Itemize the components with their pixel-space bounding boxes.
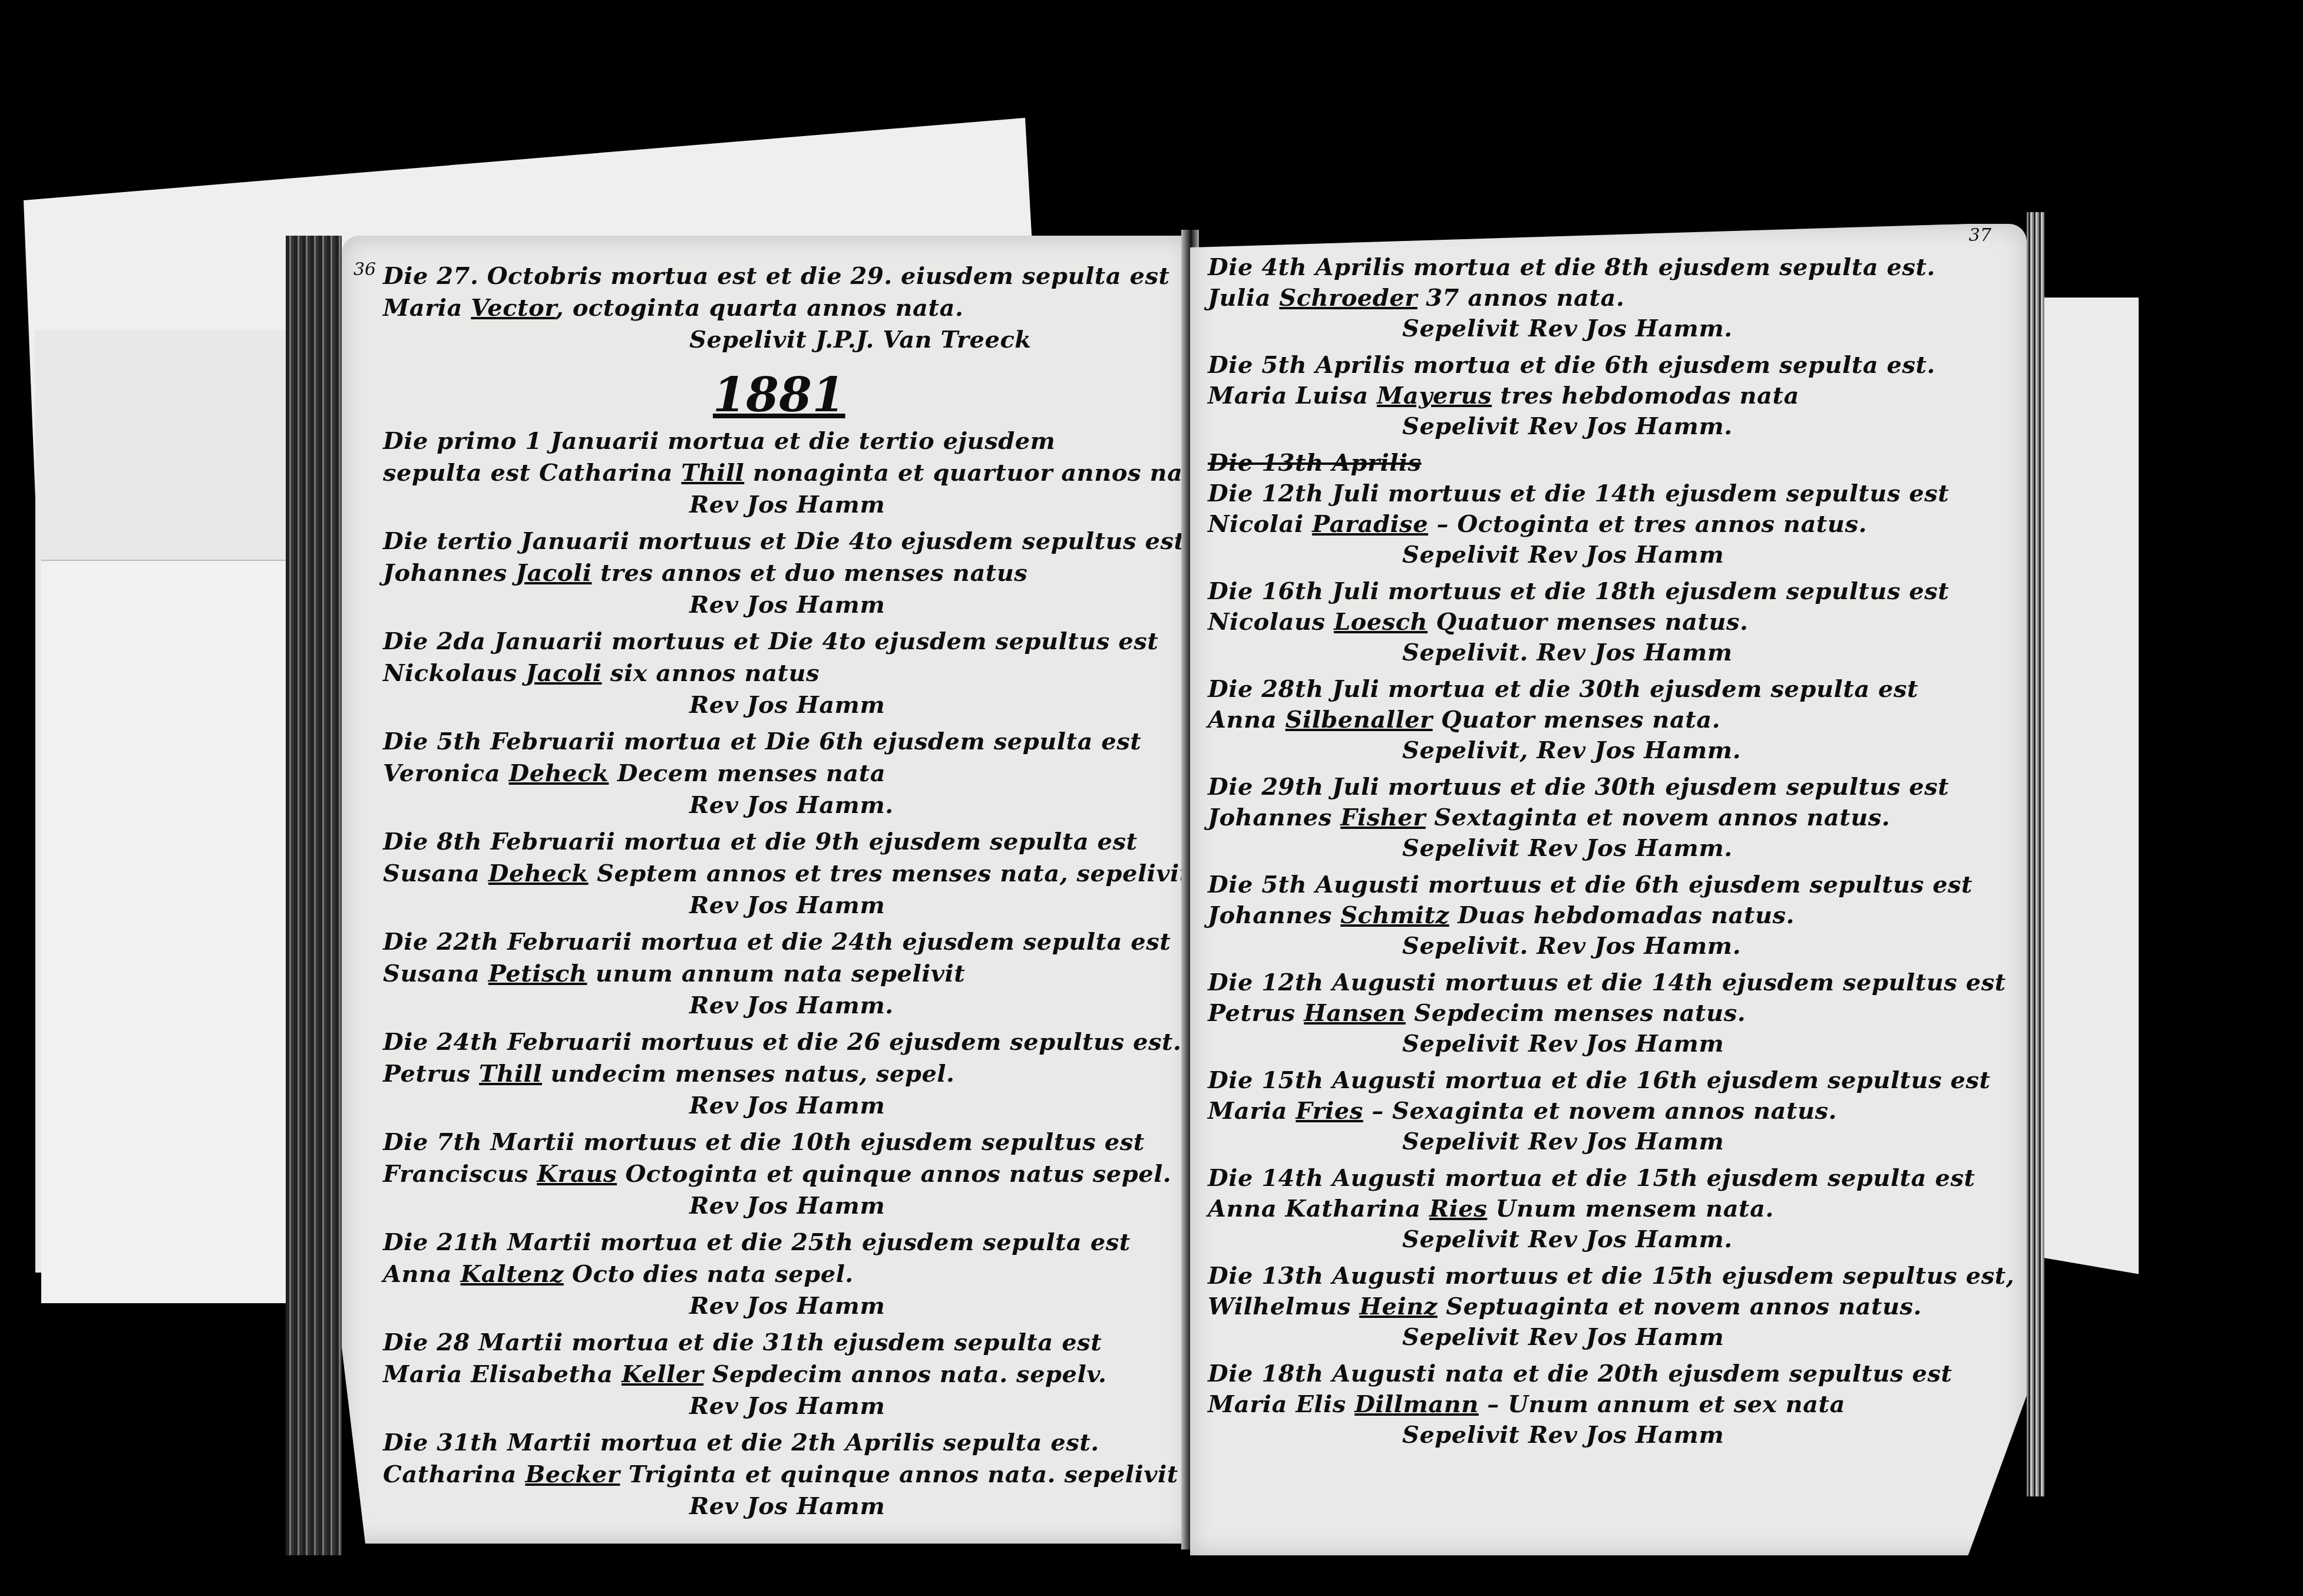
burial-signature: Rev Jos Hamm [383,1192,1167,1220]
entry-name-line: Julia Schroeder 37 annos nata. [1208,284,2003,312]
entry-name-line: Nicolaus Loesch Quatuor menses natus. [1208,608,2003,636]
surname: Fries [1296,1097,1363,1125]
register-entry: Die 15th Augusti mortua et die 16th ejus… [1208,1066,2003,1156]
entry-name-line: Maria Elisabetha Keller Sepdecim annos n… [383,1360,1167,1389]
entry-age: tres hebdomodas nata [1492,382,1799,409]
entry-age: Unum mensem nata. [1487,1195,1774,1222]
register-entry: Die 2da Januarii mortuus et Die 4to ejus… [383,627,1167,719]
burial-signature: Rev Jos Hamm. [383,992,1167,1020]
surname: Petisch [488,960,587,987]
entry-name-line: Maria Elis Dillmann – Unum annum et sex … [1208,1390,2003,1419]
entry-date-line: Die 5th Augusti mortuus et die 6th ejusd… [1208,871,2003,899]
entry-date-line: Die 22th Februarii mortua et die 24th ej… [383,928,1167,956]
burial-signature: Rev Jos Hamm [383,891,1167,920]
entry-date-line: Die 27. Octobris mortua est et die 29. e… [383,262,1167,290]
burial-signature: Sepelivit Rev Jos Hamm. [1208,315,2003,343]
given-name: Maria [1208,1097,1296,1125]
burial-signature: Rev Jos Hamm [383,691,1167,719]
register-entry: Die 31th Martii mortua et die 2th Aprili… [383,1429,1167,1521]
entry-age: Octoginta et quinque annos natus sepel. [617,1160,1171,1188]
register-entry: Die primo 1 Januarii mortua et die terti… [383,427,1167,519]
surname: Heinz [1359,1293,1438,1320]
entry-age: , octoginta quarta annos nata. [556,294,964,322]
entry-date-line: Die primo 1 Januarii mortua et die terti… [383,427,1167,455]
given-name: Franciscus [383,1160,537,1188]
entry-date-line: Die 12th Augusti mortuus et die 14th eju… [1208,969,2003,997]
entry-name-line: Anna Katharina Ries Unum mensem nata. [1208,1195,2003,1223]
given-name: Maria Elisabetha [383,1360,622,1388]
entry-date-line: Die 8th Februarii mortua et die 9th ejus… [383,828,1167,856]
entry-date-line: Die 5th Februarii mortua et Die 6th ejus… [383,728,1167,756]
given-name: Johannes [1208,804,1340,831]
surname: Becker [525,1460,620,1488]
entry-age: Duas hebdomadas natus. [1449,901,1795,929]
entry-age: – Unum annum et sex nata [1479,1390,1845,1418]
surname: Schroeder [1279,284,1418,312]
entry-date-line: Die 31th Martii mortua et die 2th Aprili… [383,1429,1167,1457]
surname: Thill [479,1060,542,1088]
given-name: Johannes [1208,901,1340,929]
burial-signature: Sepelivit. Rev Jos Hamm. [1208,932,2003,960]
entry-age: 37 annos nata. [1418,284,1625,312]
burial-signature: Rev Jos Hamm. [383,791,1167,820]
book-page-edges-right [2027,212,2044,1496]
register-entry: Die 13th AprilisDie 12th Juli mortuus et… [1208,449,2003,569]
register-entry: Die 7th Martii mortuus et die 10th ejusd… [383,1128,1167,1220]
surname: Kaltenz [461,1260,564,1288]
entry-age: Sextaginta et novem annos natus. [1426,804,1890,831]
entry-name-line: Susana Petisch unum annum nata sepelivit [383,960,1167,988]
given-name: Wilhelmus [1208,1293,1359,1320]
given-name: Anna [383,1260,461,1288]
entry-name-line: Johannes Schmitz Duas hebdomadas natus. [1208,901,2003,930]
given-name: Nicolai [1208,510,1312,538]
entry-age: Septuaginta et novem annos natus. [1438,1293,1922,1320]
entry-date-line: Die 14th Augusti mortua et die 15th ejus… [1208,1164,2003,1192]
burial-signature: Sepelivit, Rev Jos Hamm. [1208,736,2003,765]
register-entry: Die 5th Aprilis mortua et die 6th ejusde… [1208,351,2003,441]
entry-name-line: Wilhelmus Heinz Septuaginta et novem ann… [1208,1293,2003,1321]
burial-signature: Sepelivit Rev Jos Hamm [1208,1421,2003,1449]
burial-signature: Sepelivit Rev Jos Hamm [1208,1323,2003,1352]
entry-date-line: Die 13th Augusti mortuus et die 15th eju… [1208,1262,2003,1290]
given-name: Maria Luisa [1208,382,1377,409]
given-name: Johannes [383,559,516,587]
surname: Schmitz [1340,901,1449,929]
entry-date-line: Die 24th Februarii mortuus et die 26 eju… [383,1028,1167,1056]
entry-date-line: Die 28 Martii mortua et die 31th ejusdem… [383,1329,1167,1357]
entry-date-line: Die 29th Juli mortuus et die 30th ejusde… [1208,773,2003,801]
entry-age: Sepdecim annos nata. sepelv. [703,1360,1106,1388]
register-entry: Die 27. Octobris mortua est et die 29. e… [383,262,1167,354]
surname: Ries [1429,1195,1487,1222]
entry-date-line: Die tertio Januarii mortuus et Die 4to e… [383,527,1167,556]
burial-signature: Rev Jos Hamm [383,491,1167,519]
register-entry: Die 22th Februarii mortua et die 24th ej… [383,928,1167,1020]
entry-name-line: Maria Fries – Sexaginta et novem annos n… [1208,1097,2003,1125]
entry-age: Octo dies nata sepel. [564,1260,854,1288]
entry-date-line: Die 18th Augusti nata et die 20th ejusde… [1208,1360,2003,1388]
right-page-entries: Die 4th Aprilis mortua et die 8th ejusde… [1208,253,2003,1458]
page-number: 37 [1969,225,1991,246]
given-name: Anna [1208,706,1286,733]
entry-age: unum annum nata sepelivit [587,960,965,987]
entry-age: Septem annos et tres menses nata, sepeli… [589,860,1191,887]
entry-age: Triginta et quinque annos nata. sepelivi… [620,1460,1178,1488]
entry-name-line: Catharina Becker Triginta et quinque ann… [383,1460,1167,1489]
entry-name-line: Johannes Fisher Sextaginta et novem anno… [1208,804,2003,832]
register-entry: Die 14th Augusti mortua et die 15th ejus… [1208,1164,2003,1254]
register-entry: Die tertio Januarii mortuus et Die 4to e… [383,527,1167,619]
entry-name-line: Maria Luisa Mayerus tres hebdomodas nata [1208,382,2003,410]
surname: Jacoli [526,659,602,687]
entry-name-line: Anna Kaltenz Octo dies nata sepel. [383,1260,1167,1288]
burial-signature: Sepelivit. Rev Jos Hamm [1208,639,2003,667]
burial-signature: Rev Jos Hamm [383,1392,1167,1420]
register-entry: Die 21th Martii mortua et die 25th ejusd… [383,1228,1167,1320]
surname: Jacoli [516,559,592,587]
loose-paper-left-inner [41,560,318,1303]
entry-name-line: Nicolai Paradise – Octoginta et tres ann… [1208,510,2003,538]
register-entry: Die 18th Augusti nata et die 20th ejusde… [1208,1360,2003,1449]
surname: Deheck [509,759,609,787]
register-entry: Die 4th Aprilis mortua et die 8th ejusde… [1208,253,2003,343]
given-name: Nicolaus [1208,608,1334,636]
given-name: sepulta est Catharina [383,459,681,487]
register-entry: Die 13th Augusti mortuus et die 15th eju… [1208,1262,2003,1352]
entry-date-line: Die 7th Martii mortuus et die 10th ejusd… [383,1128,1167,1156]
left-page-entries: Die 27. Octobris mortua est et die 29. e… [383,262,1167,1529]
surname: Thill [681,459,744,487]
surname: Vector [471,294,556,322]
surname: Dillmann [1354,1390,1479,1418]
burial-signature: Rev Jos Hamm [383,1092,1167,1120]
loose-paper-right [2033,298,2139,1276]
entry-age: Quatuor menses natus. [1428,608,1748,636]
entry-age: nonaginta et quartuor annos nata [744,459,1210,487]
register-entry: Die 28 Martii mortua et die 31th ejusdem… [383,1329,1167,1420]
entry-name-line: Veronica Deheck Decem menses nata [383,759,1167,788]
entry-name-line: Nickolaus Jacoli six annos natus [383,659,1167,688]
register-entry: Die 28th Juli mortua et die 30th ejusdem… [1208,675,2003,765]
burial-signature: Sepelivit Rev Jos Hamm. [1208,1225,2003,1254]
entry-date-line: Die 2da Januarii mortuus et Die 4to ejus… [383,627,1167,656]
burial-signature: Rev Jos Hamm [383,591,1167,619]
register-entry: Die 12th Augusti mortuus et die 14th eju… [1208,969,2003,1058]
surname: Mayerus [1377,382,1492,409]
entry-date-line: Die 16th Juli mortuus et die 18th ejusde… [1208,577,2003,606]
register-entry: Die 5th Februarii mortua et Die 6th ejus… [383,728,1167,820]
surname: Paradise [1312,510,1428,538]
entry-date-line: Die 12th Juli mortuus et die 14th ejusde… [1208,480,2003,508]
surname: Keller [622,1360,703,1388]
surname: Fisher [1340,804,1426,831]
entry-age: – Octoginta et tres annos natus. [1428,510,1867,538]
entry-name-line: sepulta est Catharina Thill nonaginta et… [383,459,1167,487]
struck-line: Die 13th Aprilis [1208,449,2003,477]
entry-date-line: Die 28th Juli mortua et die 30th ejusdem… [1208,675,2003,703]
register-entry: Die 29th Juli mortuus et die 30th ejusde… [1208,773,2003,863]
burial-signature: Sepelivit Rev Jos Hamm [1208,1030,2003,1058]
given-name: Susana [383,860,488,887]
entry-date-line: Die 21th Martii mortua et die 25th ejusd… [383,1228,1167,1257]
given-name: Veronica [383,759,509,787]
entry-age: Sepdecim menses natus. [1406,999,1746,1027]
book-page-edges-left [286,236,342,1555]
entry-name-line: Petrus Thill undecim menses natus, sepel… [383,1060,1167,1088]
right-page: 37 Die 4th Aprilis mortua et die 8th eju… [1190,224,2027,1555]
entry-date-line: Die 4th Aprilis mortua et die 8th ejusde… [1208,253,2003,282]
entry-age: – Sexaginta et novem annos natus. [1363,1097,1837,1125]
given-name: Catharina [383,1460,525,1488]
given-name: Maria [383,294,471,322]
surname: Silbenaller [1286,706,1433,733]
register-entry: Die 24th Februarii mortuus et die 26 eju… [383,1028,1167,1120]
given-name: Petrus [1208,999,1304,1027]
surname: Kraus [537,1160,617,1188]
entry-name-line: Franciscus Kraus Octoginta et quinque an… [383,1160,1167,1188]
entry-age: Quator menses nata. [1433,706,1721,733]
given-name: Susana [383,960,488,987]
entry-age: Decem menses nata [609,759,885,787]
register-entry: Die 5th Augusti mortuus et die 6th ejusd… [1208,871,2003,960]
register-entry: Die 8th Februarii mortua et die 9th ejus… [383,828,1167,920]
entry-age: six annos natus [602,659,820,687]
burial-signature: Sepelivit Rev Jos Hamm. [1208,412,2003,441]
burial-signature: Sepelivit Rev Jos Hamm. [1208,834,2003,863]
burial-signature: Sepelivit J.P.J. Van Treeck [383,326,1167,354]
burial-signature: Sepelivit Rev Jos Hamm [1208,541,2003,569]
burial-signature: Rev Jos Hamm [383,1292,1167,1320]
entry-name-line: Anna Silbenaller Quator menses nata. [1208,706,2003,734]
surname: Loesch [1334,608,1428,636]
entry-age: tres annos et duo menses natus [592,559,1027,587]
given-name: Maria Elis [1208,1390,1354,1418]
entry-age: undecim menses natus, sepel. [542,1060,955,1088]
entry-name-line: Maria Vector, octoginta quarta annos nat… [383,294,1167,322]
entry-name-line: Petrus Hansen Sepdecim menses natus. [1208,999,2003,1027]
surname: Deheck [488,860,589,887]
given-name: Petrus [383,1060,479,1088]
entry-date-line: Die 5th Aprilis mortua et die 6th ejusde… [1208,351,2003,379]
given-name: Anna Katharina [1208,1195,1429,1222]
year-heading: 1881 [383,362,1167,427]
burial-signature: Rev Jos Hamm [383,1492,1167,1521]
given-name: Julia [1208,284,1279,312]
surname: Hansen [1304,999,1406,1027]
given-name: Nickolaus [383,659,526,687]
page-number: 36 [353,259,376,280]
left-page: 36 Die 27. Octobris mortua est et die 29… [342,236,1190,1544]
register-entry: Die 16th Juli mortuus et die 18th ejusde… [1208,577,2003,667]
burial-signature: Sepelivit Rev Jos Hamm [1208,1128,2003,1156]
entry-date-line: Die 15th Augusti mortua et die 16th ejus… [1208,1066,2003,1095]
entry-name-line: Johannes Jacoli tres annos et duo menses… [383,559,1167,587]
entry-name-line: Susana Deheck Septem annos et tres mense… [383,860,1167,888]
